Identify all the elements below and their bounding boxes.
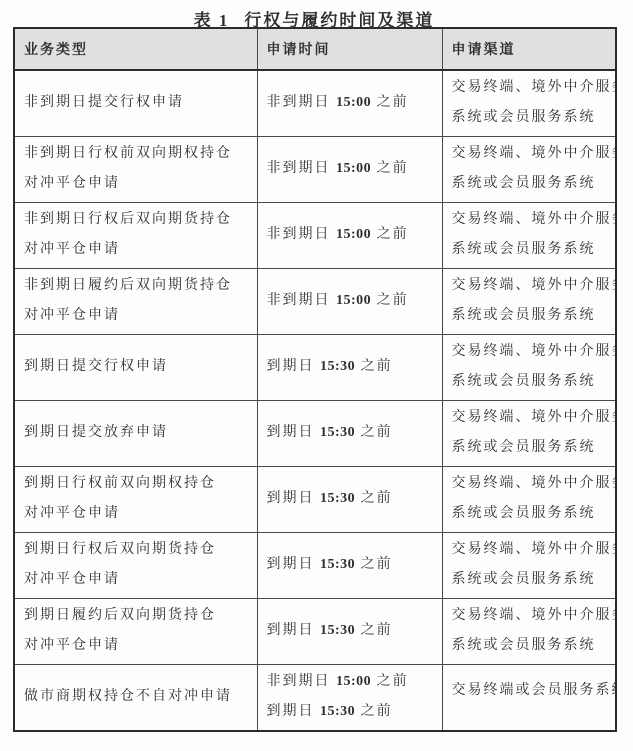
text-line: 对冲平仓申请 — [24, 499, 253, 529]
exercise-performance-table: 业务类型 申请时间 申请渠道 非到期日提交行权申请非到期日 15:00 之前交易… — [13, 27, 617, 732]
text-line: 交易终端、境外中介服务 — [452, 337, 612, 367]
business-type-cell: 做市商期权持仓不自对冲申请 — [14, 664, 257, 731]
apply-channel-cell: 交易终端、境外中介服务系统或会员服务系统 — [442, 70, 616, 136]
text-line: 非到期日提交行权申请 — [24, 88, 253, 118]
column-header-apply-time: 申请时间 — [257, 28, 442, 70]
text-line: 非到期日 15:00 之前 — [267, 286, 438, 316]
apply-time-cell: 到期日 15:30 之前 — [257, 334, 442, 400]
business-type-cell: 非到期日行权前双向期权持仓对冲平仓申请 — [14, 136, 257, 202]
apply-channel-cell: 交易终端、境外中介服务系统或会员服务系统 — [442, 202, 616, 268]
text-line: 交易终端、境外中介服务 — [452, 469, 612, 499]
column-header-business-type: 业务类型 — [14, 28, 257, 70]
text-line: 系统或会员服务系统 — [452, 235, 612, 265]
apply-time-cell: 非到期日 15:00 之前 — [257, 136, 442, 202]
table-row: 非到期日提交行权申请非到期日 15:00 之前交易终端、境外中介服务系统或会员服… — [14, 70, 616, 136]
apply-channel-cell: 交易终端、境外中介服务系统或会员服务系统 — [442, 334, 616, 400]
text-line: 到期日 15:30 之前 — [267, 697, 438, 727]
document-page: 表 1行权与履约时间及渠道 业务类型 申请时间 申请渠道 非到期日提交行权申请非… — [0, 0, 633, 751]
text-line: 对冲平仓申请 — [24, 235, 253, 265]
table-row: 做市商期权持仓不自对冲申请非到期日 15:00 之前到期日 15:30 之前交易… — [14, 664, 616, 731]
column-header-apply-channel: 申请渠道 — [442, 28, 616, 70]
text-line: 非到期日 15:00 之前 — [267, 667, 438, 697]
apply-time-cell: 非到期日 15:00 之前 — [257, 268, 442, 334]
text-line: 系统或会员服务系统 — [452, 169, 612, 199]
text-line: 交易终端、境外中介服务 — [452, 205, 612, 235]
text-line: 到期日行权后双向期货持仓 — [24, 535, 253, 565]
table-number: 表 1 — [194, 11, 230, 30]
text-line: 到期日 15:30 之前 — [267, 418, 438, 448]
text-line: 到期日 15:30 之前 — [267, 550, 438, 580]
apply-time-cell: 非到期日 15:00 之前 — [257, 70, 442, 136]
text-line: 做市商期权持仓不自对冲申请 — [24, 682, 253, 712]
business-type-cell: 到期日行权前双向期权持仓对冲平仓申请 — [14, 466, 257, 532]
text-line: 系统或会员服务系统 — [452, 103, 612, 133]
business-type-cell: 非到期日行权后双向期货持仓对冲平仓申请 — [14, 202, 257, 268]
apply-channel-cell: 交易终端、境外中介服务系统或会员服务系统 — [442, 400, 616, 466]
text-line: 非到期日履约后双向期货持仓 — [24, 271, 253, 301]
header-row: 业务类型 申请时间 申请渠道 — [14, 28, 616, 70]
table-row: 到期日行权后双向期货持仓对冲平仓申请到期日 15:30 之前交易终端、境外中介服… — [14, 532, 616, 598]
text-line: 交易终端、境外中介服务 — [452, 139, 612, 169]
text-line: 交易终端、境外中介服务 — [452, 73, 612, 103]
business-type-cell: 非到期日履约后双向期货持仓对冲平仓申请 — [14, 268, 257, 334]
text-line: 系统或会员服务系统 — [452, 367, 612, 397]
business-type-cell: 非到期日提交行权申请 — [14, 70, 257, 136]
text-line: 到期日 15:30 之前 — [267, 616, 438, 646]
apply-channel-cell: 交易终端、境外中介服务系统或会员服务系统 — [442, 466, 616, 532]
apply-channel-cell: 交易终端或会员服务系统 — [442, 664, 616, 731]
table-body: 非到期日提交行权申请非到期日 15:00 之前交易终端、境外中介服务系统或会员服… — [14, 70, 616, 731]
apply-channel-cell: 交易终端、境外中介服务系统或会员服务系统 — [442, 136, 616, 202]
apply-time-cell: 到期日 15:30 之前 — [257, 466, 442, 532]
text-line: 系统或会员服务系统 — [452, 433, 612, 463]
text-line: 系统或会员服务系统 — [452, 631, 612, 661]
table-row: 非到期日行权前双向期权持仓对冲平仓申请非到期日 15:00 之前交易终端、境外中… — [14, 136, 616, 202]
apply-time-cell: 到期日 15:30 之前 — [257, 532, 442, 598]
business-type-cell: 到期日行权后双向期货持仓对冲平仓申请 — [14, 532, 257, 598]
text-line: 对冲平仓申请 — [24, 631, 253, 661]
title-text: 行权与履约时间及渠道 — [244, 11, 434, 30]
table-row: 到期日提交行权申请到期日 15:30 之前交易终端、境外中介服务系统或会员服务系… — [14, 334, 616, 400]
document-title: 表 1行权与履约时间及渠道 — [13, 0, 615, 27]
text-line: 交易终端、境外中介服务 — [452, 535, 612, 565]
text-line: 交易终端、境外中介服务 — [452, 403, 612, 433]
apply-time-cell: 到期日 15:30 之前 — [257, 400, 442, 466]
table-header: 业务类型 申请时间 申请渠道 — [14, 28, 616, 70]
text-line: 交易终端、境外中介服务 — [452, 271, 612, 301]
table-row: 非到期日履约后双向期货持仓对冲平仓申请非到期日 15:00 之前交易终端、境外中… — [14, 268, 616, 334]
table-row: 非到期日行权后双向期货持仓对冲平仓申请非到期日 15:00 之前交易终端、境外中… — [14, 202, 616, 268]
text-line: 对冲平仓申请 — [24, 301, 253, 331]
text-line: 到期日提交行权申请 — [24, 352, 253, 382]
apply-time-cell: 到期日 15:30 之前 — [257, 598, 442, 664]
text-line: 非到期日 15:00 之前 — [267, 154, 438, 184]
text-line: 对冲平仓申请 — [24, 169, 253, 199]
text-line: 对冲平仓申请 — [24, 565, 253, 595]
text-line: 系统或会员服务系统 — [452, 499, 612, 529]
business-type-cell: 到期日提交放弃申请 — [14, 400, 257, 466]
business-type-cell: 到期日履约后双向期货持仓对冲平仓申请 — [14, 598, 257, 664]
text-line: 到期日提交放弃申请 — [24, 418, 253, 448]
text-line: 交易终端、境外中介服务 — [452, 601, 612, 631]
text-line: 系统或会员服务系统 — [452, 301, 612, 331]
table-row: 到期日履约后双向期货持仓对冲平仓申请到期日 15:30 之前交易终端、境外中介服… — [14, 598, 616, 664]
text-line: 到期日 15:30 之前 — [267, 484, 438, 514]
text-line: 非到期日行权前双向期权持仓 — [24, 139, 253, 169]
text-line: 到期日 15:30 之前 — [267, 352, 438, 382]
text-line: 非到期日 15:00 之前 — [267, 88, 438, 118]
apply-channel-cell: 交易终端、境外中介服务系统或会员服务系统 — [442, 532, 616, 598]
text-line: 非到期日行权后双向期货持仓 — [24, 205, 253, 235]
table-row: 到期日提交放弃申请到期日 15:30 之前交易终端、境外中介服务系统或会员服务系… — [14, 400, 616, 466]
apply-time-cell: 非到期日 15:00 之前 — [257, 202, 442, 268]
apply-time-cell: 非到期日 15:00 之前到期日 15:30 之前 — [257, 664, 442, 731]
text-line: 非到期日 15:00 之前 — [267, 220, 438, 250]
text-line: 系统或会员服务系统 — [452, 565, 612, 595]
text-line: 到期日履约后双向期货持仓 — [24, 601, 253, 631]
text-line: 到期日行权前双向期权持仓 — [24, 469, 253, 499]
business-type-cell: 到期日提交行权申请 — [14, 334, 257, 400]
apply-channel-cell: 交易终端、境外中介服务系统或会员服务系统 — [442, 268, 616, 334]
table-row: 到期日行权前双向期权持仓对冲平仓申请到期日 15:30 之前交易终端、境外中介服… — [14, 466, 616, 532]
text-line: 交易终端或会员服务系统 — [452, 676, 612, 706]
apply-channel-cell: 交易终端、境外中介服务系统或会员服务系统 — [442, 598, 616, 664]
